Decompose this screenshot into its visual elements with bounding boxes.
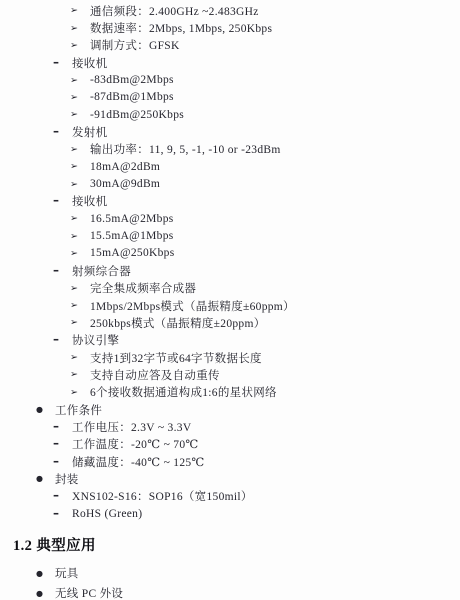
list-item: ● 封装	[0, 470, 460, 487]
list-item: ➢ 250kbps模式（晶振精度±20ppm）	[0, 314, 460, 331]
list-item: ➢ 支持1到32字节或64字节数据长度	[0, 349, 460, 366]
list-item: – 储藏温度：-40℃ ~ 125℃	[0, 453, 460, 470]
arrow-bullet-icon: ➢	[70, 23, 90, 34]
arrow-bullet-icon: ➢	[70, 387, 90, 398]
list-item-text: 接收机	[72, 55, 107, 71]
list-item-text: -87dBm@1Mbps	[90, 91, 174, 103]
list-item-text: 储藏温度：-40℃ ~ 125℃	[72, 454, 205, 470]
list-item: ➢ 18mA@2dBm	[0, 158, 460, 175]
list-item-text: 250kbps模式（晶振精度±20ppm）	[90, 315, 266, 331]
arrow-bullet-icon: ➢	[70, 248, 90, 259]
arrow-bullet-icon: ➢	[70, 109, 90, 120]
dash-bullet-icon: –	[53, 419, 72, 433]
dash-bullet-icon: –	[53, 488, 72, 502]
list-item: – 接收机	[0, 54, 460, 71]
arrow-bullet-icon: ➢	[70, 352, 90, 363]
arrow-bullet-icon: ➢	[70, 283, 90, 294]
list-item: ➢ -83dBm@2Mbps	[0, 71, 460, 88]
list-item: ➢ 15.5mA@1Mbps	[0, 227, 460, 244]
dash-bullet-icon: –	[53, 506, 72, 520]
list-item: – 协议引擎	[0, 332, 460, 349]
list-item: ● 玩具	[0, 563, 460, 583]
list-item-text: 工作条件	[55, 402, 102, 418]
arrow-bullet-icon: ➢	[70, 179, 90, 190]
feature-list: ➢ 通信频段：2.400GHz ~2.483GHz ➢ 数据速率：2Mbps, …	[0, 0, 460, 522]
arrow-bullet-icon: ➢	[70, 5, 90, 16]
circle-bullet-icon: ●	[36, 474, 55, 483]
list-item-text: 通信频段：2.400GHz ~2.483GHz	[90, 3, 259, 19]
dash-bullet-icon: –	[53, 55, 72, 69]
list-item: – 射频综合器	[0, 262, 460, 279]
list-item-text: 支持自动应答及自动重传	[90, 367, 220, 383]
list-item-text: 调制方式：GFSK	[90, 37, 180, 53]
list-item-text: 工作温度：-20℃ ~ 70℃	[72, 436, 199, 452]
list-item-text: 30mA@9dBm	[90, 178, 160, 190]
list-item: ● 工作条件	[0, 401, 460, 418]
list-item-text: 6个接收数据通道构成1:6的星状网络	[90, 384, 277, 400]
dash-bullet-icon: –	[53, 263, 72, 277]
list-item-text: 工作电压：2.3V ~ 3.3V	[72, 419, 191, 435]
list-item: – XNS102-S16：SOP16（宽150mil）	[0, 488, 460, 505]
list-item: – 工作温度：-20℃ ~ 70℃	[0, 436, 460, 453]
list-item: – 接收机	[0, 193, 460, 210]
arrow-bullet-icon: ➢	[70, 231, 90, 242]
list-item-text: 数据速率：2Mbps, 1Mbps, 250Kbps	[90, 20, 272, 36]
list-item: ➢ 完全集成频率合成器	[0, 280, 460, 297]
arrow-bullet-icon: ➢	[70, 317, 90, 328]
list-item: ➢ 通信频段：2.400GHz ~2.483GHz	[0, 2, 460, 19]
section-heading: 1.2 典型应用	[13, 534, 460, 554]
list-item: ➢ 16.5mA@2Mbps	[0, 210, 460, 227]
list-item-text: 支持1到32字节或64字节数据长度	[90, 350, 262, 366]
list-item-text: 16.5mA@2Mbps	[90, 213, 174, 225]
list-item-text: 发射机	[72, 124, 107, 140]
list-item-text: RoHS (Green)	[72, 508, 142, 520]
list-item: ● 无线 PC 外设	[0, 583, 460, 600]
arrow-bullet-icon: ➢	[70, 75, 90, 86]
list-item: ➢ 数据速率：2Mbps, 1Mbps, 250Kbps	[0, 19, 460, 36]
list-item-text: 射频综合器	[72, 263, 131, 279]
list-item: ➢ 15mA@250Kbps	[0, 245, 460, 262]
list-item: ➢ 支持自动应答及自动重传	[0, 366, 460, 383]
arrow-bullet-icon: ➢	[70, 92, 90, 103]
document-page: ➢ 通信频段：2.400GHz ~2.483GHz ➢ 数据速率：2Mbps, …	[0, 0, 460, 600]
list-item: ➢ 6个接收数据通道构成1:6的星状网络	[0, 384, 460, 401]
list-item: – 工作电压：2.3V ~ 3.3V	[0, 418, 460, 435]
list-item: – 发射机	[0, 123, 460, 140]
list-item-text: 输出功率：11, 9, 5, -1, -10 or -23dBm	[90, 141, 281, 157]
list-item-text: 封装	[55, 471, 79, 487]
list-item-text: -83dBm@2Mbps	[90, 74, 174, 86]
dash-bullet-icon: –	[53, 454, 72, 468]
circle-bullet-icon: ●	[36, 405, 55, 414]
list-item: ➢ 调制方式：GFSK	[0, 37, 460, 54]
list-item-text: 15mA@250Kbps	[90, 247, 174, 259]
circle-bullet-icon: ●	[36, 589, 55, 598]
list-item: – RoHS (Green)	[0, 505, 460, 522]
list-item-text: 接收机	[72, 193, 107, 209]
list-item: ➢ 输出功率：11, 9, 5, -1, -10 or -23dBm	[0, 141, 460, 158]
arrow-bullet-icon: ➢	[70, 161, 90, 172]
arrow-bullet-icon: ➢	[70, 40, 90, 51]
dash-bullet-icon: –	[53, 124, 72, 138]
dash-bullet-icon: –	[53, 193, 72, 207]
dash-bullet-icon: –	[53, 436, 72, 450]
list-item-text: -91dBm@250Kbps	[90, 109, 184, 121]
list-item-text: 完全集成频率合成器	[90, 280, 196, 296]
list-item: ➢ -91dBm@250Kbps	[0, 106, 460, 123]
arrow-bullet-icon: ➢	[70, 300, 90, 311]
dash-bullet-icon: –	[53, 332, 72, 346]
list-item-text: 无线 PC 外设	[55, 585, 123, 600]
list-item: ➢ 30mA@9dBm	[0, 175, 460, 192]
list-item: ➢ 1Mbps/2Mbps模式（晶振精度±60ppm）	[0, 297, 460, 314]
list-item-text: 15.5mA@1Mbps	[90, 230, 174, 242]
list-item-text: 玩具	[55, 565, 79, 581]
list-item-text: 协议引擎	[72, 332, 119, 348]
arrow-bullet-icon: ➢	[70, 144, 90, 155]
circle-bullet-icon: ●	[36, 569, 55, 578]
list-item-text: 1Mbps/2Mbps模式（晶振精度±60ppm）	[90, 298, 295, 314]
arrow-bullet-icon: ➢	[70, 369, 90, 380]
list-item-text: 18mA@2dBm	[90, 161, 160, 173]
arrow-bullet-icon: ➢	[70, 213, 90, 224]
list-item-text: XNS102-S16：SOP16（宽150mil）	[72, 488, 253, 504]
list-item: ➢ -87dBm@1Mbps	[0, 89, 460, 106]
applications-list: ● 玩具 ● 无线 PC 外设	[0, 561, 460, 600]
